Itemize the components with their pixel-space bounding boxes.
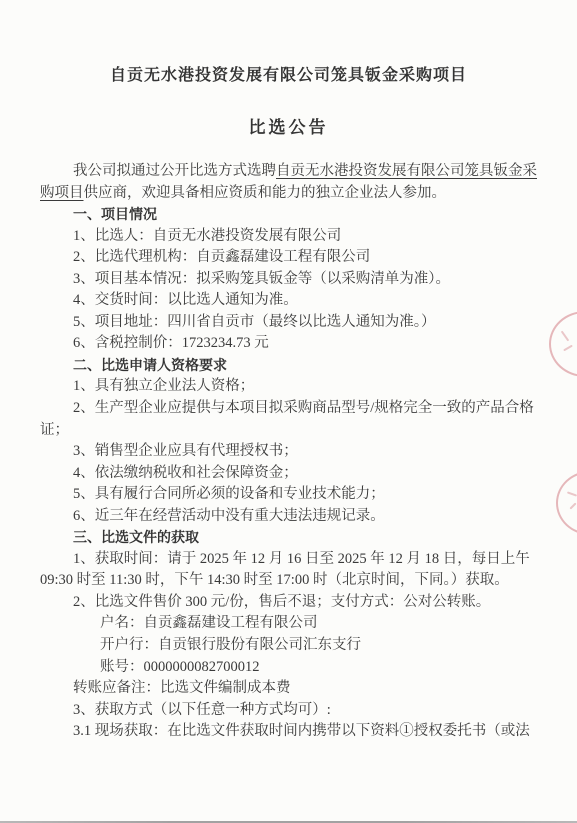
text-segment: 3、销售型企业应具有代理授权书；	[73, 443, 298, 459]
doc-line: 09:30 时至 11:30 时，下午 14:30 时至 17:00 时（北京时…	[40, 570, 543, 592]
doc-line: 1、比选人：自贡无水港投资发展有限公司	[40, 226, 543, 248]
text-segment: 09:30 时至 11:30 时，下午 14:30 时至 17:00 时（北京时…	[40, 572, 509, 588]
text-segment: 3、项目基本情况：拟采购笼具钣金等（以采购清单为准）。	[73, 271, 450, 287]
text-segment: 6、含税控制价：1723234.73 元	[73, 335, 269, 351]
doc-line: 1、获取时间：请于 2025 年 12 月 16 日至 2025 年 12 月 …	[40, 549, 543, 571]
text-segment: 3、获取方式（以下任意一种方式均可）:	[73, 702, 331, 718]
doc-line: 3、获取方式（以下任意一种方式均可）:	[40, 700, 543, 722]
underlined-text: 自贡无水港投资发展有限公司笼具钣金采	[276, 163, 537, 179]
text-segment: 3.1 现场获取：在比选文件获取时间内携带以下资料①授权委托书（或法	[73, 723, 530, 739]
underlined-text: 购项目	[40, 185, 84, 201]
text-segment: 户名：自贡鑫磊建设工程有限公司	[100, 615, 318, 631]
doc-line: 2、比选文件售价 300 元/份，售后不退；支付方式：公对公转账。	[40, 592, 543, 614]
doc-line: 一、项目情况	[40, 204, 543, 226]
doc-line: 户名：自贡鑫磊建设工程有限公司	[40, 613, 543, 635]
doc-line: 三、比选文件的获取	[40, 527, 543, 549]
doc-line: 5、具有履行合同所必须的设备和专业技术能力；	[40, 484, 543, 506]
doc-line: 2、比选代理机构：自贡鑫磊建设工程有限公司	[40, 247, 543, 269]
text-segment: 4、交货时间：以比选人通知为准。	[73, 292, 298, 308]
doc-line: 二、比选申请人资格要求	[40, 355, 543, 377]
document-title: 自贡无水港投资发展有限公司笼具钣金采购项目	[0, 62, 577, 85]
text-segment: 1、获取时间：请于 2025 年 12 月 16 日至 2025 年 12 月 …	[73, 551, 530, 567]
text-segment: 供应商，欢迎具备相应资质和能力的独立企业法人参加。	[84, 185, 447, 201]
seal-glyph-mark	[563, 345, 573, 352]
doc-line: 5、项目地址：四川省自贡市（最终以比选人通知为准。）	[40, 312, 543, 334]
doc-line: 我公司拟通过公开比选方式选聘自贡无水港投资发展有限公司笼具钣金采	[40, 161, 543, 183]
seal-glyph-mark	[567, 491, 577, 496]
doc-line: 证；	[40, 420, 543, 442]
text-segment: 转账应备注：比选文件编制成本费	[73, 680, 291, 696]
text-segment: 5、项目地址：四川省自贡市（最终以比选人通知为准。）	[73, 314, 436, 330]
text-segment: 2、生产型企业应提供与本项目拟采购商品型号/规格完全一致的产品合格	[73, 400, 534, 416]
text-segment: 1、比选人：自贡无水港投资发展有限公司	[73, 228, 341, 244]
doc-line: 转账应备注：比选文件编制成本费	[40, 678, 543, 700]
seal-glyph-mark	[561, 331, 570, 342]
doc-line: 账号：0000000082700012	[40, 657, 543, 679]
text-segment: 账号：0000000082700012	[100, 659, 260, 675]
doc-line: 1、具有独立企业法人资格；	[40, 376, 543, 398]
text-segment: 4、依法缴纳税收和社会保障资金；	[73, 465, 298, 481]
doc-line: 开户行：自贡银行股份有限公司汇东支行	[40, 635, 543, 657]
document-body: 我公司拟通过公开比选方式选聘自贡无水港投资发展有限公司笼具钣金采购项目供应商，欢…	[40, 161, 543, 743]
doc-line: 3.1 现场获取：在比选文件获取时间内携带以下资料①授权委托书（或法	[40, 721, 543, 743]
red-seal-stamp-bottom	[556, 471, 577, 535]
seal-glyph-mark	[569, 502, 576, 509]
doc-line: 2、生产型企业应提供与本项目拟采购商品型号/规格完全一致的产品合格	[40, 398, 543, 420]
text-segment: 二、比选申请人资格要求	[73, 357, 227, 373]
doc-line: 3、项目基本情况：拟采购笼具钣金等（以采购清单为准）。	[40, 269, 543, 291]
document-subtitle: 比选公告	[0, 113, 577, 138]
text-segment: 5、具有履行合同所必须的设备和专业技术能力；	[73, 486, 385, 502]
text-segment: 我公司拟通过公开比选方式选聘	[73, 163, 276, 179]
doc-line: 6、近三年在经营活动中没有重大违法违规记录。	[40, 506, 543, 528]
text-segment: 开户行：自贡银行股份有限公司汇东支行	[100, 637, 361, 653]
doc-line: 4、依法缴纳税收和社会保障资金；	[40, 463, 543, 485]
text-segment: 证；	[40, 422, 69, 438]
text-segment: 2、比选代理机构：自贡鑫磊建设工程有限公司	[73, 249, 370, 265]
doc-line: 6、含税控制价：1723234.73 元	[40, 333, 543, 355]
doc-line: 4、交货时间：以比选人通知为准。	[40, 290, 543, 312]
doc-line: 购项目供应商，欢迎具备相应资质和能力的独立企业法人参加。	[40, 183, 543, 205]
doc-line: 3、销售型企业应具有代理授权书；	[40, 441, 543, 463]
text-segment: 1、具有独立企业法人资格；	[73, 378, 254, 394]
text-segment: 三、比选文件的获取	[73, 529, 199, 545]
scanned-document-page: 自贡无水港投资发展有限公司笼具钣金采购项目 比选公告 我公司拟通过公开比选方式选…	[0, 0, 577, 823]
text-segment: 2、比选文件售价 300 元/份，售后不退；支付方式：公对公转账。	[73, 594, 490, 610]
red-seal-stamp-top	[549, 311, 577, 377]
text-segment: 一、项目情况	[73, 206, 157, 222]
text-segment: 6、近三年在经营活动中没有重大违法违规记录。	[73, 508, 385, 524]
